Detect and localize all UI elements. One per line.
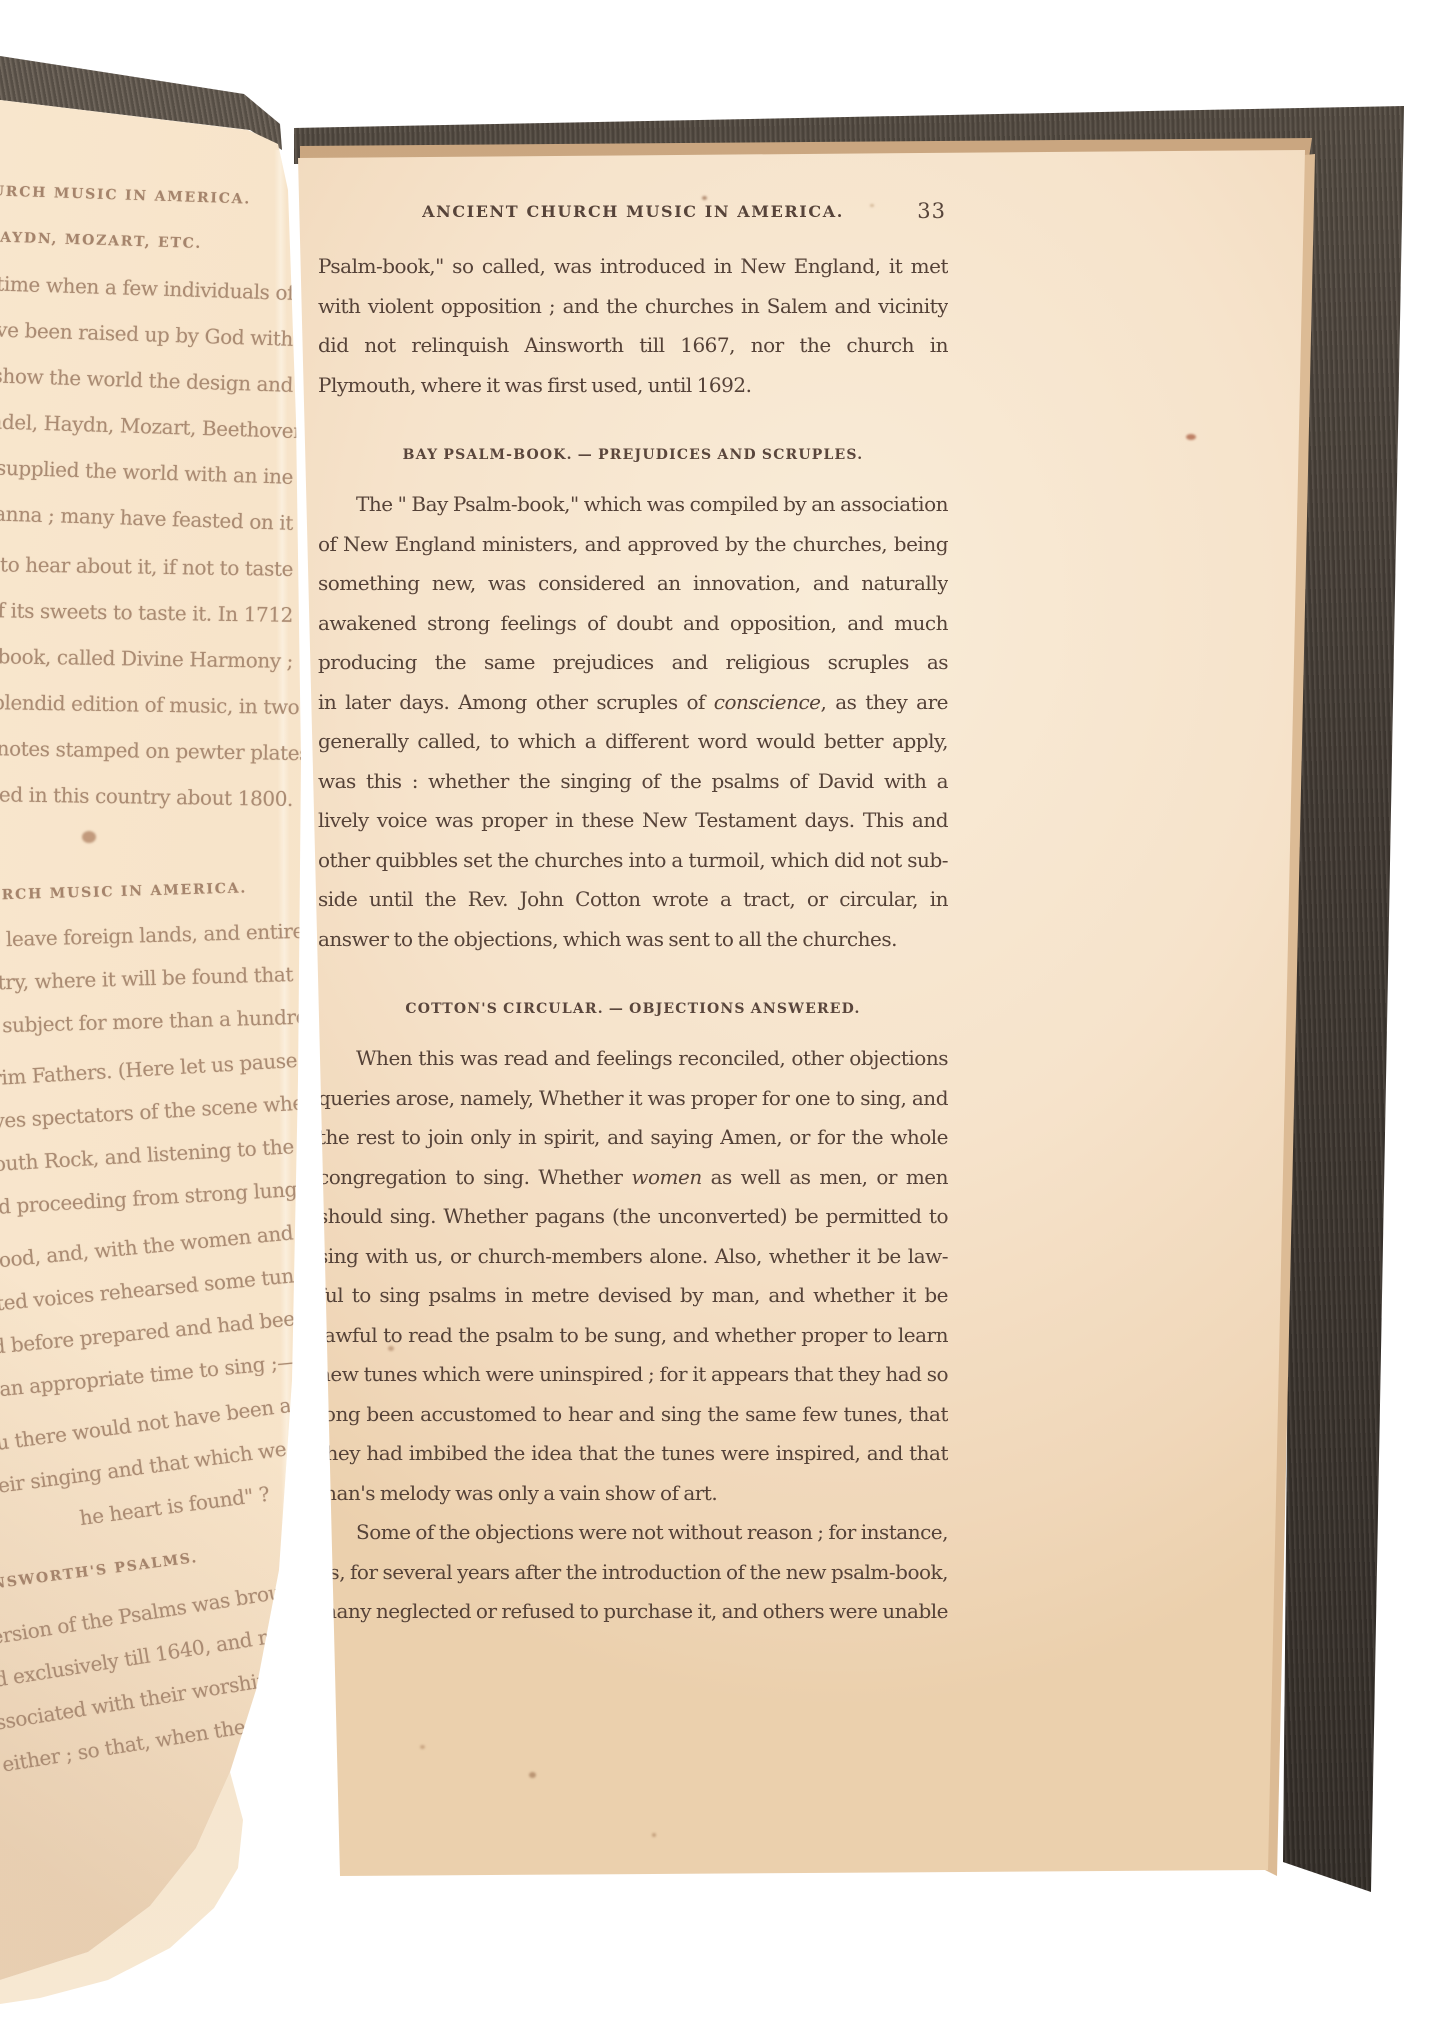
text-line: with violent opposition ; and the church… [318, 287, 948, 327]
text-line: side until the Rev. John Cotton wrote a … [318, 880, 948, 920]
text-line: they had imbibed the idea that the tunes… [318, 1434, 948, 1474]
text-line: Plymouth, where it was first used, until… [318, 366, 948, 406]
italic-word: women [631, 1165, 701, 1189]
text-line: ent only to hear about it, if not to tas… [0, 540, 297, 592]
text-line: something new, was considered an innovat… [318, 564, 948, 604]
text-line: When this was read and feelings reconcil… [318, 1039, 948, 1079]
foxing-spot [420, 1745, 425, 1749]
foxing-spot [870, 204, 874, 207]
text-line: of New England ministers, and approved b… [318, 525, 948, 565]
text-line: era, the notes stamped on pewter plates [0, 724, 297, 776]
italic-word: conscience [714, 690, 821, 714]
foxing-spot [388, 1346, 394, 1351]
left-page-text: URCH MUSIC IN AMERICA. , HAYDN, MOZART, … [0, 178, 297, 1740]
foxing-spot [1186, 434, 1196, 440]
text-line: published in this country about 1800. [0, 770, 297, 822]
text-line: tion, a splendid edition of music, in tw… [0, 678, 297, 730]
text-line: new tunes which were uninspired ; for it… [318, 1355, 948, 1395]
book-photo: ANCIENT CHURCH MUSIC IN AMERICA. 33 Psal… [0, 0, 1445, 2023]
right-page-text: Psalm-book," so called, was introduced i… [318, 247, 948, 1632]
text-line: should sing. Whether pagans (the unconve… [318, 1197, 948, 1237]
text-line: man's melody was only a vain show of art… [318, 1474, 948, 1514]
page-number: 33 [917, 199, 946, 223]
text-line: did not relinquish Ainsworth till 1667, … [318, 326, 948, 366]
text-line: as, for several years after the introduc… [318, 1553, 948, 1593]
text-line: lively voice was proper in these New Tes… [318, 801, 948, 841]
foxing-spot [82, 831, 96, 843]
text-line: norant of its sweets to taste it. In 171… [0, 586, 297, 638]
text-line: the rest to join only in spirit, and say… [318, 1118, 948, 1158]
text-fragment: , as they are [821, 690, 948, 714]
text-line: Some of the objections were not without … [318, 1513, 948, 1553]
section-heading: COTTON'S CIRCULAR. — OBJECTIONS ANSWERED… [318, 995, 948, 1023]
text-line: queries arose, namely, Whether it was pr… [318, 1079, 948, 1119]
foxing-spot [529, 1772, 536, 1778]
text-fragment: congregation to sing. Whether [318, 1165, 631, 1189]
text-line: lawful to read the psalm to be sung, and… [318, 1316, 948, 1356]
text-line: was this : whether the singing of the ps… [318, 762, 948, 802]
foxing-spot [652, 1833, 656, 1837]
text-line: many neglected or refused to purchase it… [318, 1592, 948, 1632]
text-fragment: in later days. Among other scruples of [318, 690, 714, 714]
text-line: other quibbles set the churches into a t… [318, 841, 948, 881]
text-line: long been accustomed to hear and sing th… [318, 1395, 948, 1435]
text-line: ful to sing psalms in metre devised by m… [318, 1276, 948, 1316]
foxing-spot [702, 196, 707, 200]
section-heading: BAY PSALM-BOOK. — PREJUDICES AND SCRUPLE… [318, 441, 948, 469]
text-line: sing with us, or church-members alone. A… [318, 1237, 948, 1277]
text-line: generally called, to which a different w… [318, 722, 948, 762]
text-line: The " Bay Psalm-book," which was compile… [318, 485, 948, 525]
text-line: answer to the objections, which was sent… [318, 920, 948, 960]
text-line: producing the same prejudices and religi… [318, 643, 948, 683]
text-line: lished a book, called Divine Harmony ; [0, 632, 297, 684]
text-line: Psalm-book," so called, was introduced i… [318, 247, 948, 287]
text-line: congregation to sing. Whether women as w… [318, 1158, 948, 1198]
text-line: in later days. Among other scruples of c… [318, 683, 948, 723]
text-line: awakened strong feelings of doubt and op… [318, 604, 948, 644]
running-head: ANCIENT CHURCH MUSIC IN AMERICA. [318, 202, 948, 221]
running-head-row: ANCIENT CHURCH MUSIC IN AMERICA. 33 [318, 202, 948, 232]
